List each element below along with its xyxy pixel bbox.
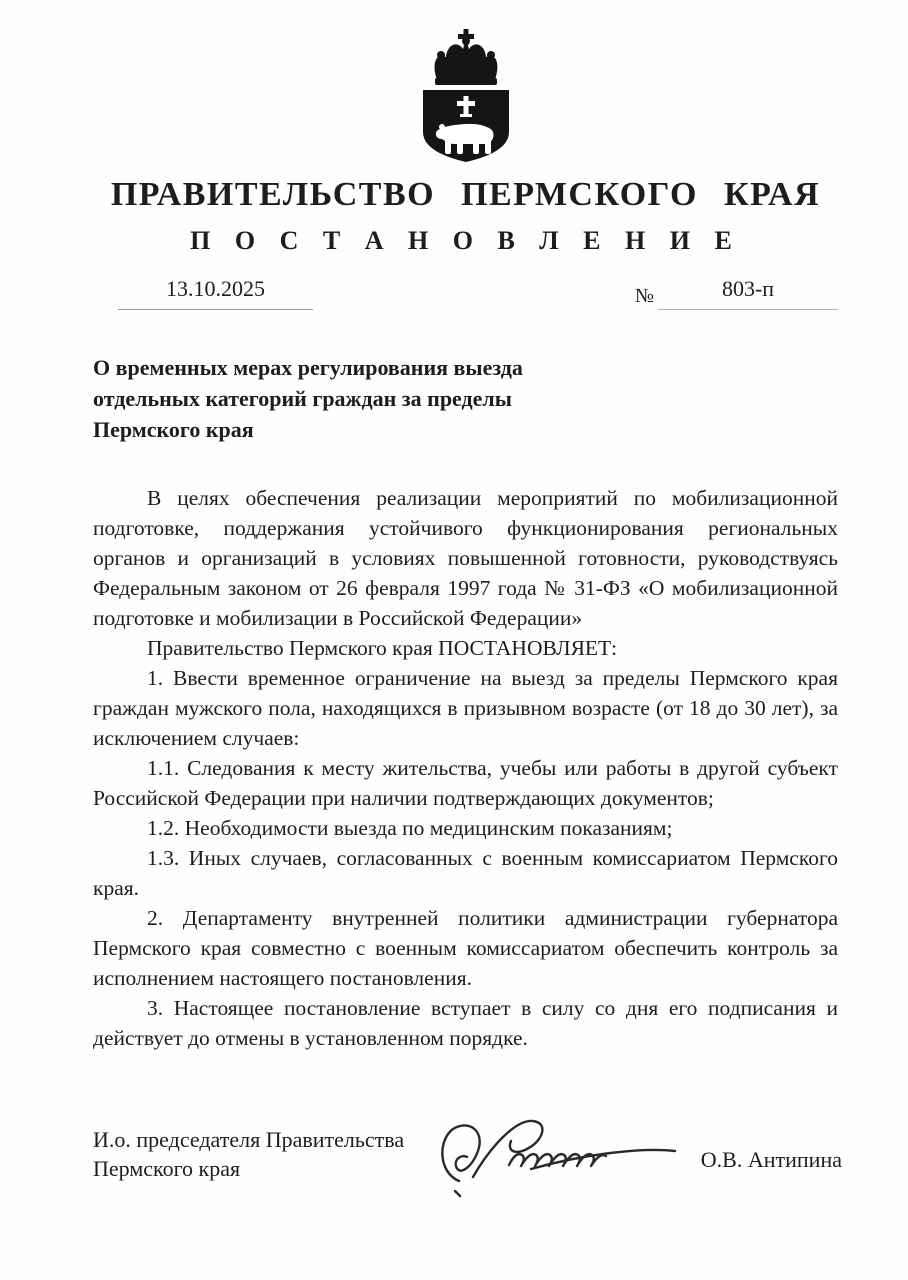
meta-row: 13.10.2025 № 803-п [93,276,838,310]
doc-number: 803-п [658,276,838,310]
paragraph-preamble: В целях обеспечения реализации мероприят… [93,483,838,633]
signatory-position-line1: И.о. председателя Правительства [93,1125,404,1154]
crest-container [93,28,838,166]
org-name-heading: ПРАВИТЕЛЬСТВО ПЕРМСКОГО КРАЯ [93,176,838,214]
paragraph-item-1: 1. Ввести временное ограничение на выезд… [93,663,838,753]
paragraph-item-2: 2. Департаменту внутренней политики адми… [93,903,838,993]
signatory-position: И.о. председателя Правительства Пермског… [93,1125,404,1183]
doc-body: В целях обеспечения реализации мероприят… [93,483,838,1053]
signature-block: И.о. председателя Правительства Пермског… [93,1115,838,1255]
perm-krai-coat-of-arms-icon [407,28,525,164]
signatory-position-line2: Пермского края [93,1154,404,1183]
document-page: ПРАВИТЕЛЬСТВО ПЕРМСКОГО КРАЯ П О С Т А Н… [0,0,908,1280]
number-sign-label: № [635,285,654,310]
paragraph-item-3: 3. Настоящее постановление вступает в си… [93,993,838,1053]
paragraph-item-1-3: 1.3. Иных случаев, согласованных с военн… [93,843,838,903]
doc-date: 13.10.2025 [118,276,313,310]
handwritten-signature [431,1107,691,1207]
doc-type-heading: П О С Т А Н О В Л Е Н И Е [93,226,838,256]
paragraph-item-1-1: 1.1. Следования к месту жительства, учеб… [93,753,838,813]
paragraph-item-1-2: 1.2. Необходимости выезда по медицинским… [93,813,838,843]
doc-title: О временных мерах регулирования выезда о… [93,352,565,445]
paragraph-resolves: Правительство Пермского края ПОСТАНОВЛЯЕ… [93,633,838,663]
signatory-name: О.В. Антипина [701,1147,842,1173]
doc-number-field: № 803-п [635,276,838,310]
